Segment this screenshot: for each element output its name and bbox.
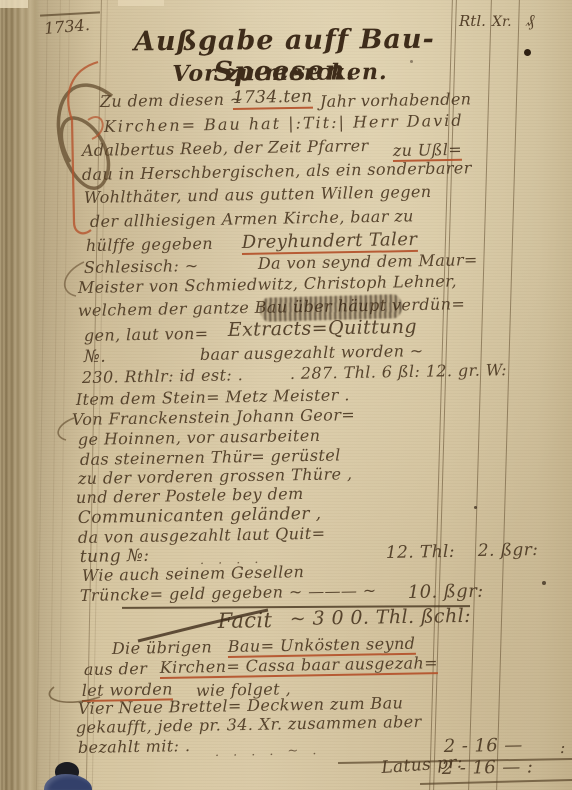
column-header-kreuzer: Xr. — [492, 14, 512, 30]
amount-12-thaler: 12. Thl: — [386, 544, 455, 562]
money-column-rule-c — [496, 0, 520, 790]
manuscript-text-run: Meister von Schmiedwitz, Christoph Lehne… — [78, 273, 457, 296]
manuscript-text-run: und derer Postele bey dem — [76, 486, 304, 506]
manuscript-text-run: Von Franckenstein Johann Geor= — [72, 407, 356, 428]
page-edge-sliver — [0, 0, 28, 8]
manuscript-text-run: Die übrigen — [112, 639, 212, 657]
amount-287-thaler: . 287. Thl. 6 ßl: 12. gr. W: — [290, 362, 507, 382]
amount-10-groschen: 10. ßgr: — [408, 583, 484, 602]
manuscript-text-run: : — [560, 740, 566, 756]
ink-speck — [410, 60, 413, 63]
manuscript-text-run: Wohlthäter, und aus gutten Willen gegen — [84, 184, 432, 206]
manuscript-text-run: Wie auch seinem Gesellen — [82, 564, 305, 584]
manuscript-text-run: baar ausgezahlt worden ~ — [200, 343, 424, 363]
manuscript-text-run: Schlesisch: ~ — [84, 258, 199, 276]
money-column-rule-b — [468, 0, 492, 790]
ink-speck — [524, 49, 531, 56]
manuscript-text-run: gekaufft, jede pr. 34. Xr. zusammen aber — [76, 714, 422, 736]
manuscript-text-run: Da von seynd dem Maur= — [258, 252, 478, 272]
facit-label: Facit — [218, 610, 273, 632]
ink-speck — [474, 506, 477, 509]
manuscript-text-run: 230. Rthlr: id est: . — [82, 367, 244, 386]
ink-blot-correction — [260, 294, 403, 322]
manuscript-text-run: tung №: — [80, 548, 150, 566]
manuscript-text-run: zu der vorderen grossen Thüre , — [78, 466, 353, 487]
manuscript-text-run: gen, laut von= — [84, 326, 209, 344]
amount-2-groschen: 2. ßgr: — [478, 542, 539, 560]
manuscript-text-run: da von ausgezahlt laut Quit= — [78, 526, 326, 546]
margin-year-note: 1734. — [43, 15, 90, 38]
manuscript-page: 1734. Rtl. Xr. ₰ Außgabe auff Bau-Speese… — [0, 0, 572, 790]
manuscript-text-run: Zu dem diesen ~ — [100, 91, 244, 110]
year-1734-underlined: 1734.ten — [233, 89, 313, 110]
page-edge-sliver — [118, 0, 164, 6]
column-header-taler: Rtl. — [459, 12, 486, 30]
manuscript-text-run: dau in Herschbergischen, als ein sonderb… — [82, 160, 472, 183]
manuscript-text-run: Adalbertus Reeb, der Zeit Pfarrer — [82, 138, 369, 159]
manuscript-text-run: aus der — [84, 661, 148, 678]
manuscript-text-run: Kirchen= Bau hat |:Tit:| Herr David — [104, 113, 464, 135]
manuscript-text-run: . . . . ~ . — [215, 744, 317, 759]
manuscript-text-run: hülffe gegeben — [86, 236, 213, 254]
manuscript-text-run: ge Hoinnen, vor ausarbeiten — [78, 428, 321, 448]
manuscript-text-run: Trüncke= geld gegeben ~ ——— ~ — [80, 583, 377, 604]
facit-total-300-taler: ~ 3 0 0. Thl. ßchl: — [290, 607, 471, 629]
manuscript-text-run: №. — [84, 349, 107, 366]
ink-speck — [542, 581, 546, 585]
column-header-pfennig: ₰ — [526, 11, 535, 31]
manuscript-text-run: Extracts=Quittung — [228, 318, 417, 340]
manuscript-text-run: Kirchen= Cassa baar ausgezah= — [160, 655, 438, 679]
manuscript-text-run: Jahr vorhabenden — [320, 91, 472, 110]
page-subtitle: Vor zu mercken. — [150, 59, 410, 87]
latus-total-2-16: 2 - 16 — : — [442, 758, 534, 778]
manuscript-text-run: bezahlt mit: . — [78, 738, 191, 756]
manuscript-text-run: der allhiesigen Armen Kirche, baar zu — [90, 208, 414, 230]
